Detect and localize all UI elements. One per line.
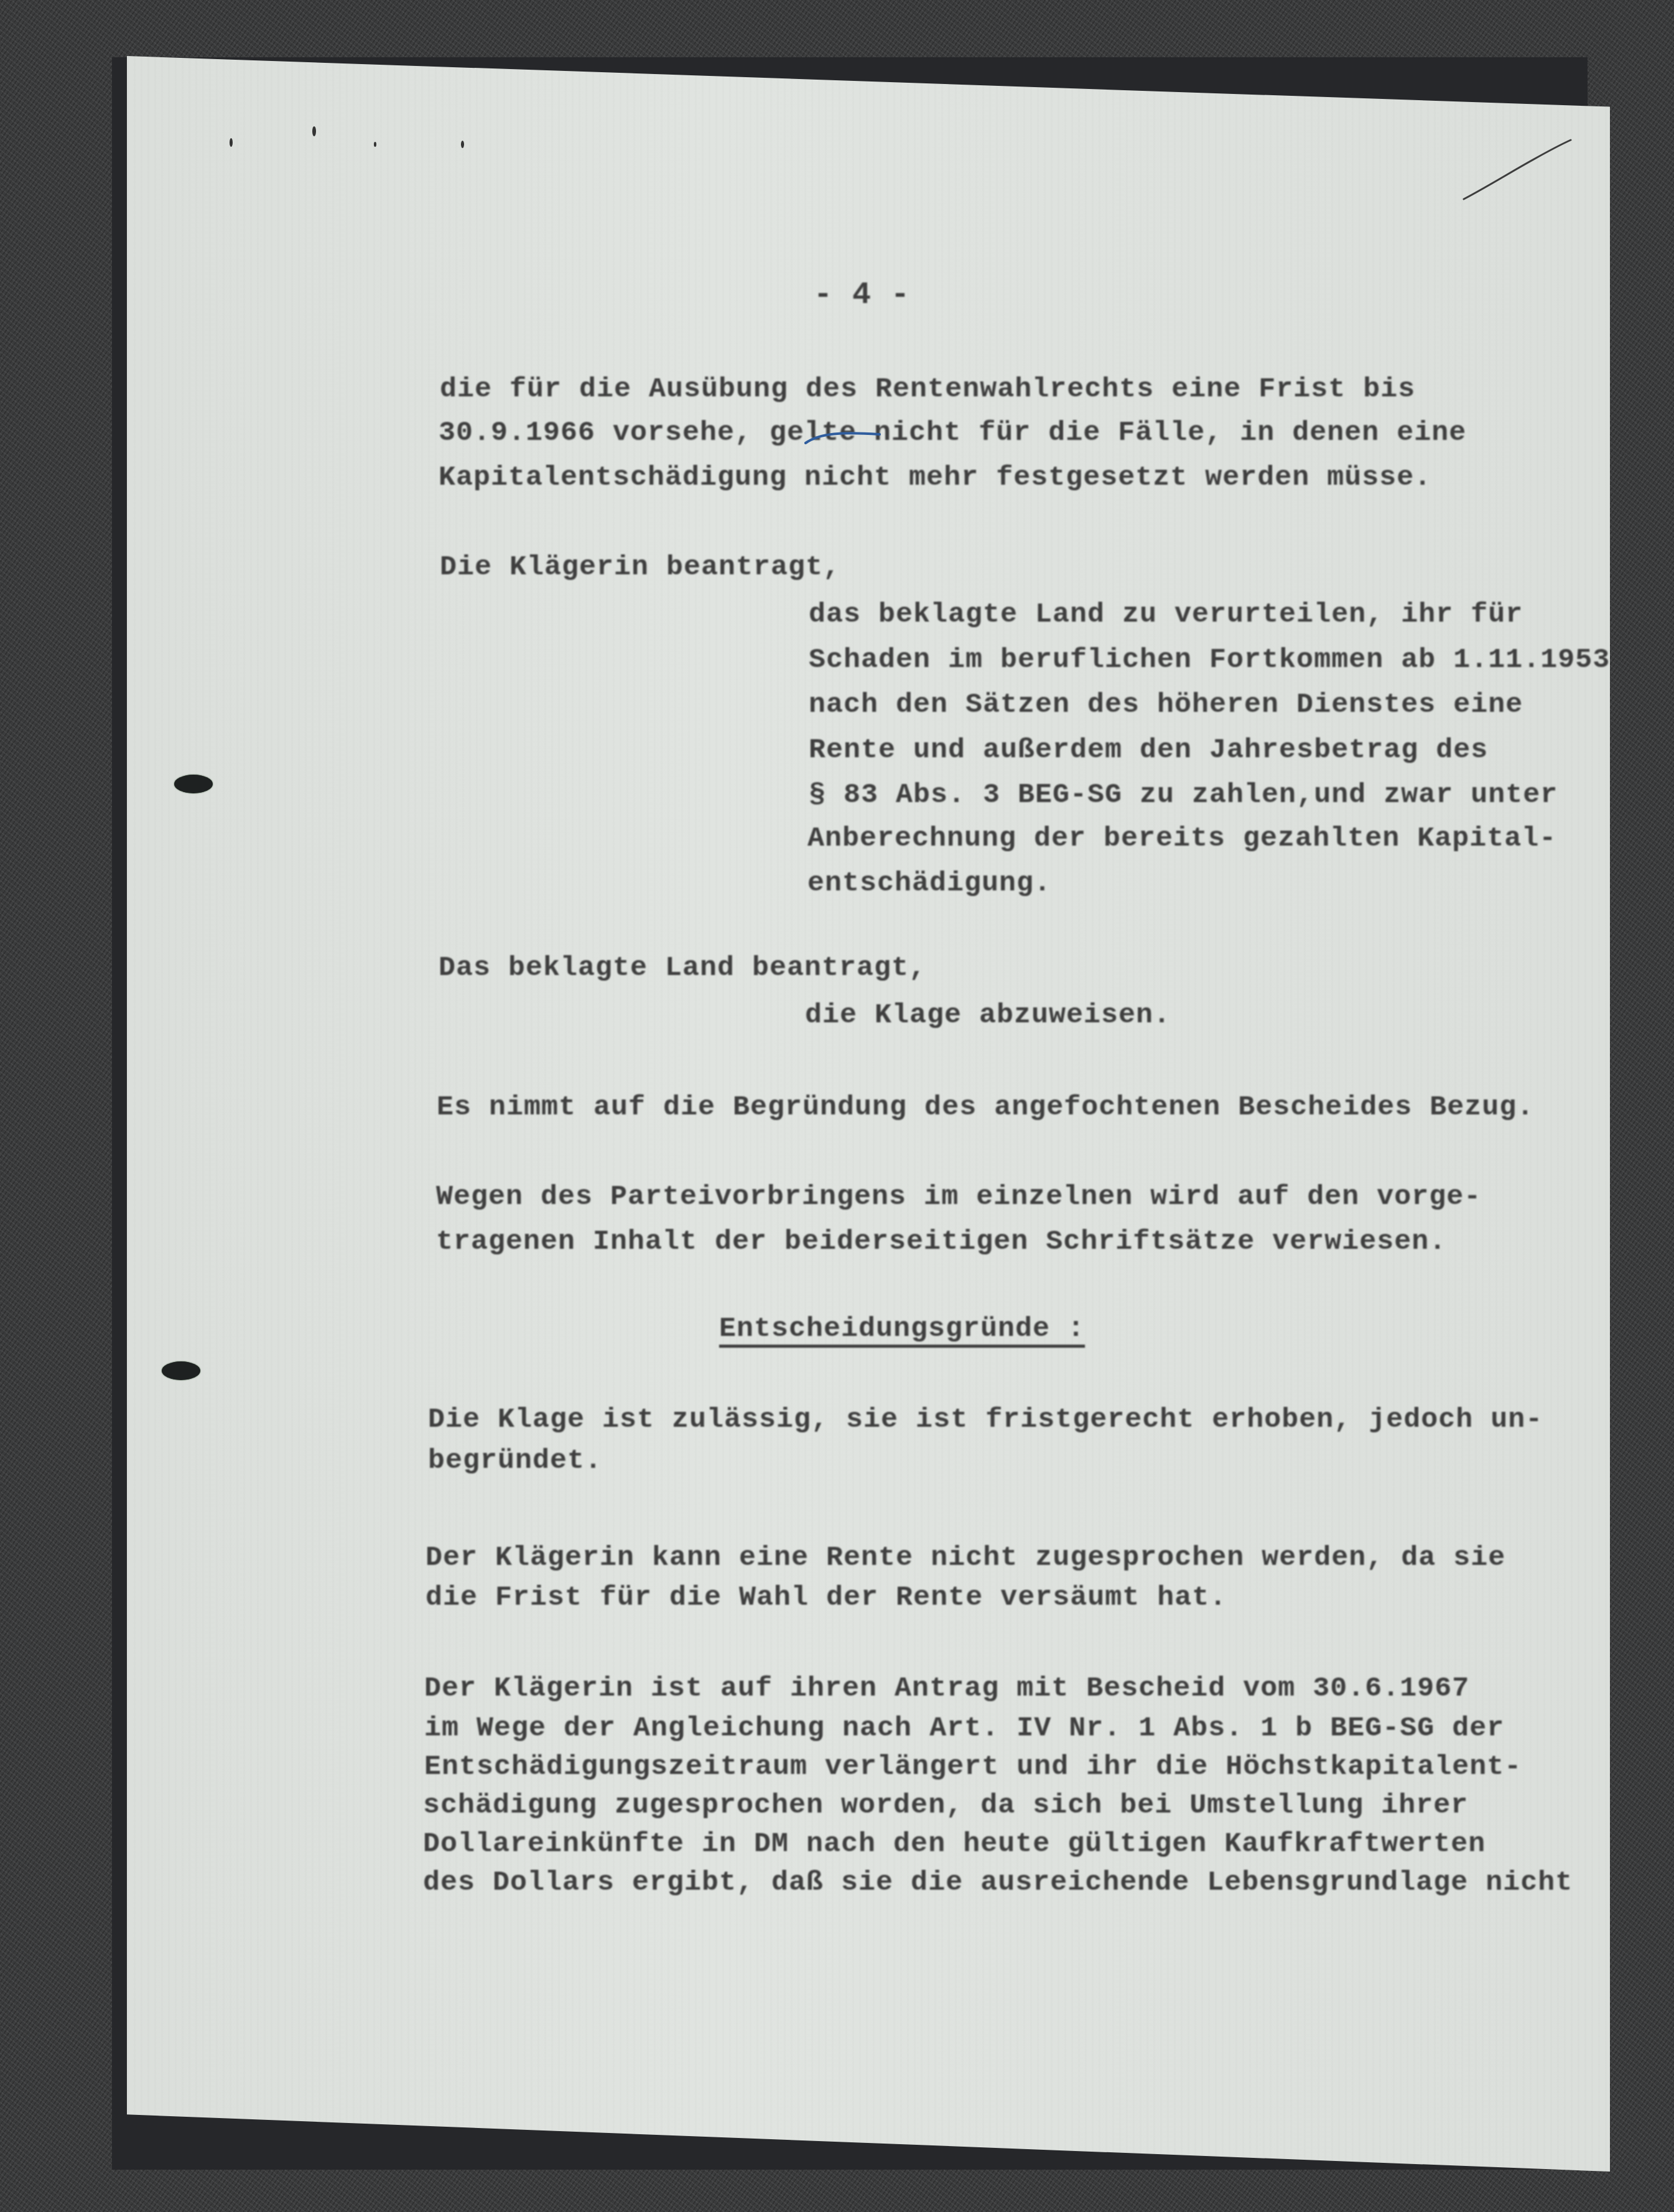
page-number: - 4 - xyxy=(814,278,910,313)
ink-speck xyxy=(230,138,233,147)
paragraph-line: Wegen des Parteivorbringens im einzelnen… xyxy=(436,1181,1481,1213)
request-line: entschädigung. xyxy=(807,867,1051,899)
pen-strikethrough xyxy=(804,431,881,446)
claimant-request-intro: Die Klägerin beantragt, xyxy=(440,551,840,583)
paragraph-line: begründet. xyxy=(428,1445,602,1477)
paragraph-line: Es nimmt auf die Begründung des angefoch… xyxy=(437,1091,1534,1123)
paragraph-line: des Dollars ergibt, daß sie die ausreich… xyxy=(423,1867,1573,1898)
punch-hole xyxy=(174,775,213,793)
paragraph-line: schädigung zugesprochen worden, da sich … xyxy=(423,1790,1468,1821)
ink-speck xyxy=(461,141,464,148)
request-line: Rente und außerdem den Jahresbetrag des xyxy=(809,734,1488,766)
paragraph-line: Dollareinkünfte in DM nach den heute gül… xyxy=(423,1828,1486,1860)
paragraph-line: 30.9.1966 vorsehe, gelte nicht für die F… xyxy=(439,417,1466,449)
section-heading: Entscheidungsgründe : xyxy=(719,1313,1085,1345)
defendant-request-intro: Das beklagte Land beantragt, xyxy=(439,952,926,984)
request-line: nach den Sätzen des höheren Dienstes ein… xyxy=(809,689,1523,721)
request-line: § 83 Abs. 3 BEG-SG zu zahlen,und zwar un… xyxy=(809,779,1558,811)
paragraph-line: im Wege der Angleichung nach Art. IV Nr.… xyxy=(424,1712,1504,1744)
paragraph-line: Die Klage ist zulässig, sie ist fristger… xyxy=(428,1404,1543,1435)
paragraph-line: die Frist für die Wahl der Rente versäum… xyxy=(425,1582,1227,1613)
ink-speck xyxy=(374,142,376,147)
paragraph-line: tragenen Inhalt der beiderseitigen Schri… xyxy=(436,1226,1446,1258)
request-line: das beklagte Land zu verurteilen, ihr fü… xyxy=(809,599,1523,630)
punch-hole xyxy=(162,1361,200,1380)
request-line: Anberechnung der bereits gezahlten Kapit… xyxy=(807,823,1556,854)
paragraph-line: Der Klägerin kann eine Rente nicht zuges… xyxy=(425,1542,1505,1574)
ink-speck xyxy=(312,126,316,136)
paragraph-line: die für die Ausübung des Rentenwahlrecht… xyxy=(440,373,1415,405)
paragraph-line: Entschädigungszeitraum verlängert und ih… xyxy=(424,1751,1522,1783)
paragraph-line: Der Klägerin ist auf ihren Antrag mit Be… xyxy=(424,1673,1469,1704)
document-content: - 4 - die für die Ausübung des Rentenwah… xyxy=(0,0,1674,2212)
request-line: Schaden im beruflichen Fortkommen ab 1.1… xyxy=(809,644,1610,676)
request-line: die Klage abzuweisen. xyxy=(805,999,1171,1031)
paragraph-line: Kapitalentschädigung nicht mehr festgese… xyxy=(439,462,1431,493)
pencil-mark-icon xyxy=(1462,137,1574,205)
